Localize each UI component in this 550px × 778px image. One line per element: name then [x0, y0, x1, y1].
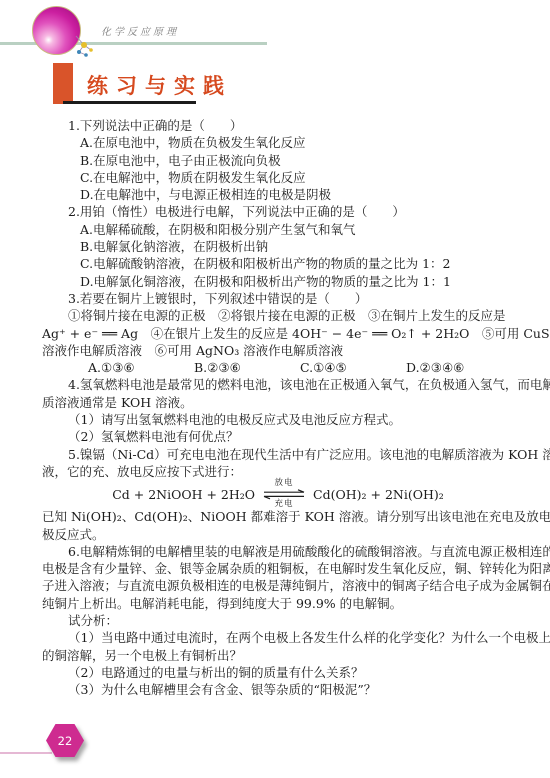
text-line: 的铜溶解，另一个电极上有铜析出？ [42, 647, 514, 664]
text-line: C.在电解池中，物质在阴极发生氧化反应 [42, 169, 514, 186]
section-accent-rect [53, 63, 73, 104]
text-line: （2）氢氧燃料电池有何优点？ [42, 428, 514, 445]
section-title: 练习与实践 [87, 70, 232, 100]
text-line: B.在原电池中，电子由正极流向负极 [42, 152, 514, 169]
text-line: 3.若要在铜片上镀银时，下列叙述中错误的是（ ） [42, 290, 514, 307]
option-item: C.①④⑤ [300, 359, 406, 376]
book-title: 化学反应原理 [101, 23, 179, 38]
page-number-badge: 22 [46, 724, 84, 757]
reversible-arrows-icon: 放电充电 [262, 479, 306, 509]
forward-label: 放电 [275, 479, 294, 488]
text-line: 子进入溶液；与直流电源负极相连的电极是薄纯铜片，溶液中的铜离子结合电子成为金属铜… [42, 577, 514, 594]
text-line: 2.用铂（惰性）电极进行电解，下列说法中正确的是（ ） [42, 203, 514, 220]
question-lines: 1.下列说法中正确的是（ ）A.在原电池中，物质在负极发生氧化反应B.在原电池中… [42, 117, 514, 699]
chemical-equation: Cd + 2NiOOH + 2H₂O放电充电Cd(OH)₂ + 2Ni(OH)₂ [42, 481, 514, 507]
text-line: Ag⁺ + e⁻ ══ Ag ④在银片上发生的反应是 4OH⁻ − 4e⁻ ══… [42, 325, 514, 342]
text-line: 试分析： [42, 612, 514, 629]
text-line: B.电解氯化钠溶液，在阴极析出钠 [42, 238, 514, 255]
text-line: C.电解硫酸钠溶液，在阴极和阳极析出产物的物质的量之比为 1：2 [42, 255, 514, 272]
option-item: D.②③④⑥ [406, 359, 512, 376]
text-line: （3）为什么电解槽里会有含金、银等杂质的“阳极泥”？ [42, 681, 514, 698]
option-item: A.①③⑥ [88, 359, 194, 376]
option-item: B.②③⑥ [194, 359, 300, 376]
text-line: 已知 Ni(OH)₂、Cd(OH)₂、NiOOH 都难溶于 KOH 溶液。请分别… [42, 508, 514, 525]
text-line: （2）电路通过的电量与析出的铜的质量有什么关系？ [42, 664, 514, 681]
text-line: D.在电解池中，与电源正极相连的电极是阴极 [42, 186, 514, 203]
text-line: 纯铜片上析出。电解消耗电能，得到纯度大于 99.9% 的电解铜。 [42, 595, 514, 612]
text-line: （1）当电路中通过电流时，在两个电极上各发生什么样的化学变化？为什么一个电极上 [42, 629, 514, 646]
text-line: 4.氢氧燃料电池是最常见的燃料电池，该电池在正极通入氧气，在负极通入氢气，而电解 [42, 376, 514, 393]
answer-options-row: A.①③⑥B.②③⑥C.①④⑤D.②③④⑥ [42, 359, 514, 376]
text-line: A.在原电池中，物质在负极发生氧化反应 [42, 134, 514, 151]
text-line: 1.下列说法中正确的是（ ） [42, 117, 514, 134]
text-line: （1）请写出氢氧燃料电池的电极反应式及电池反应方程式。 [42, 411, 514, 428]
section-title-underline [63, 101, 196, 104]
page-number: 22 [46, 724, 84, 757]
text-line: 5.镍镉（Ni-Cd）可充电电池在现代生活中有广泛应用。该电池的电解质溶液为 K… [42, 446, 514, 463]
text-line: ①将铜片接在电源的正极 ②将银片接在电源的正极 ③在铜片上发生的反应是 [42, 307, 514, 324]
text-line: 溶液作电解质溶液 ⑥可用 AgNO₃ 溶液作电解质溶液 [42, 342, 514, 359]
text-line: 6.电解精炼铜的电解槽里装的电解液是用硫酸酸化的硫酸铜溶液。与直流电源正极相连的 [42, 543, 514, 560]
text-line: 极反应式。 [42, 526, 514, 543]
equation-products: Cd(OH)₂ + 2Ni(OH)₂ [313, 486, 444, 503]
text-line: 电极是含有少量锌、金、银等金属杂质的粗铜板，在电解时发生氧化反应，铜、锌转化为阳… [42, 560, 514, 577]
textbook-page: 化学反应原理 练习与实践 1.下列说法中正确的是（ ）A.在原电池中，物质在负极… [0, 0, 550, 778]
text-line: 质溶液通常是 KOH 溶液。 [42, 394, 514, 411]
text-line: D.电解氯化铜溶液，在阴极和阳极析出产物的物质的量之比为 1：1 [42, 273, 514, 290]
equation-reactants: Cd + 2NiOOH + 2H₂O [112, 486, 255, 503]
footer-rule [0, 752, 52, 754]
molecule-icon [72, 34, 98, 60]
text-line: A.电解稀硫酸，在阴极和阳极分别产生氢气和氧气 [42, 221, 514, 238]
